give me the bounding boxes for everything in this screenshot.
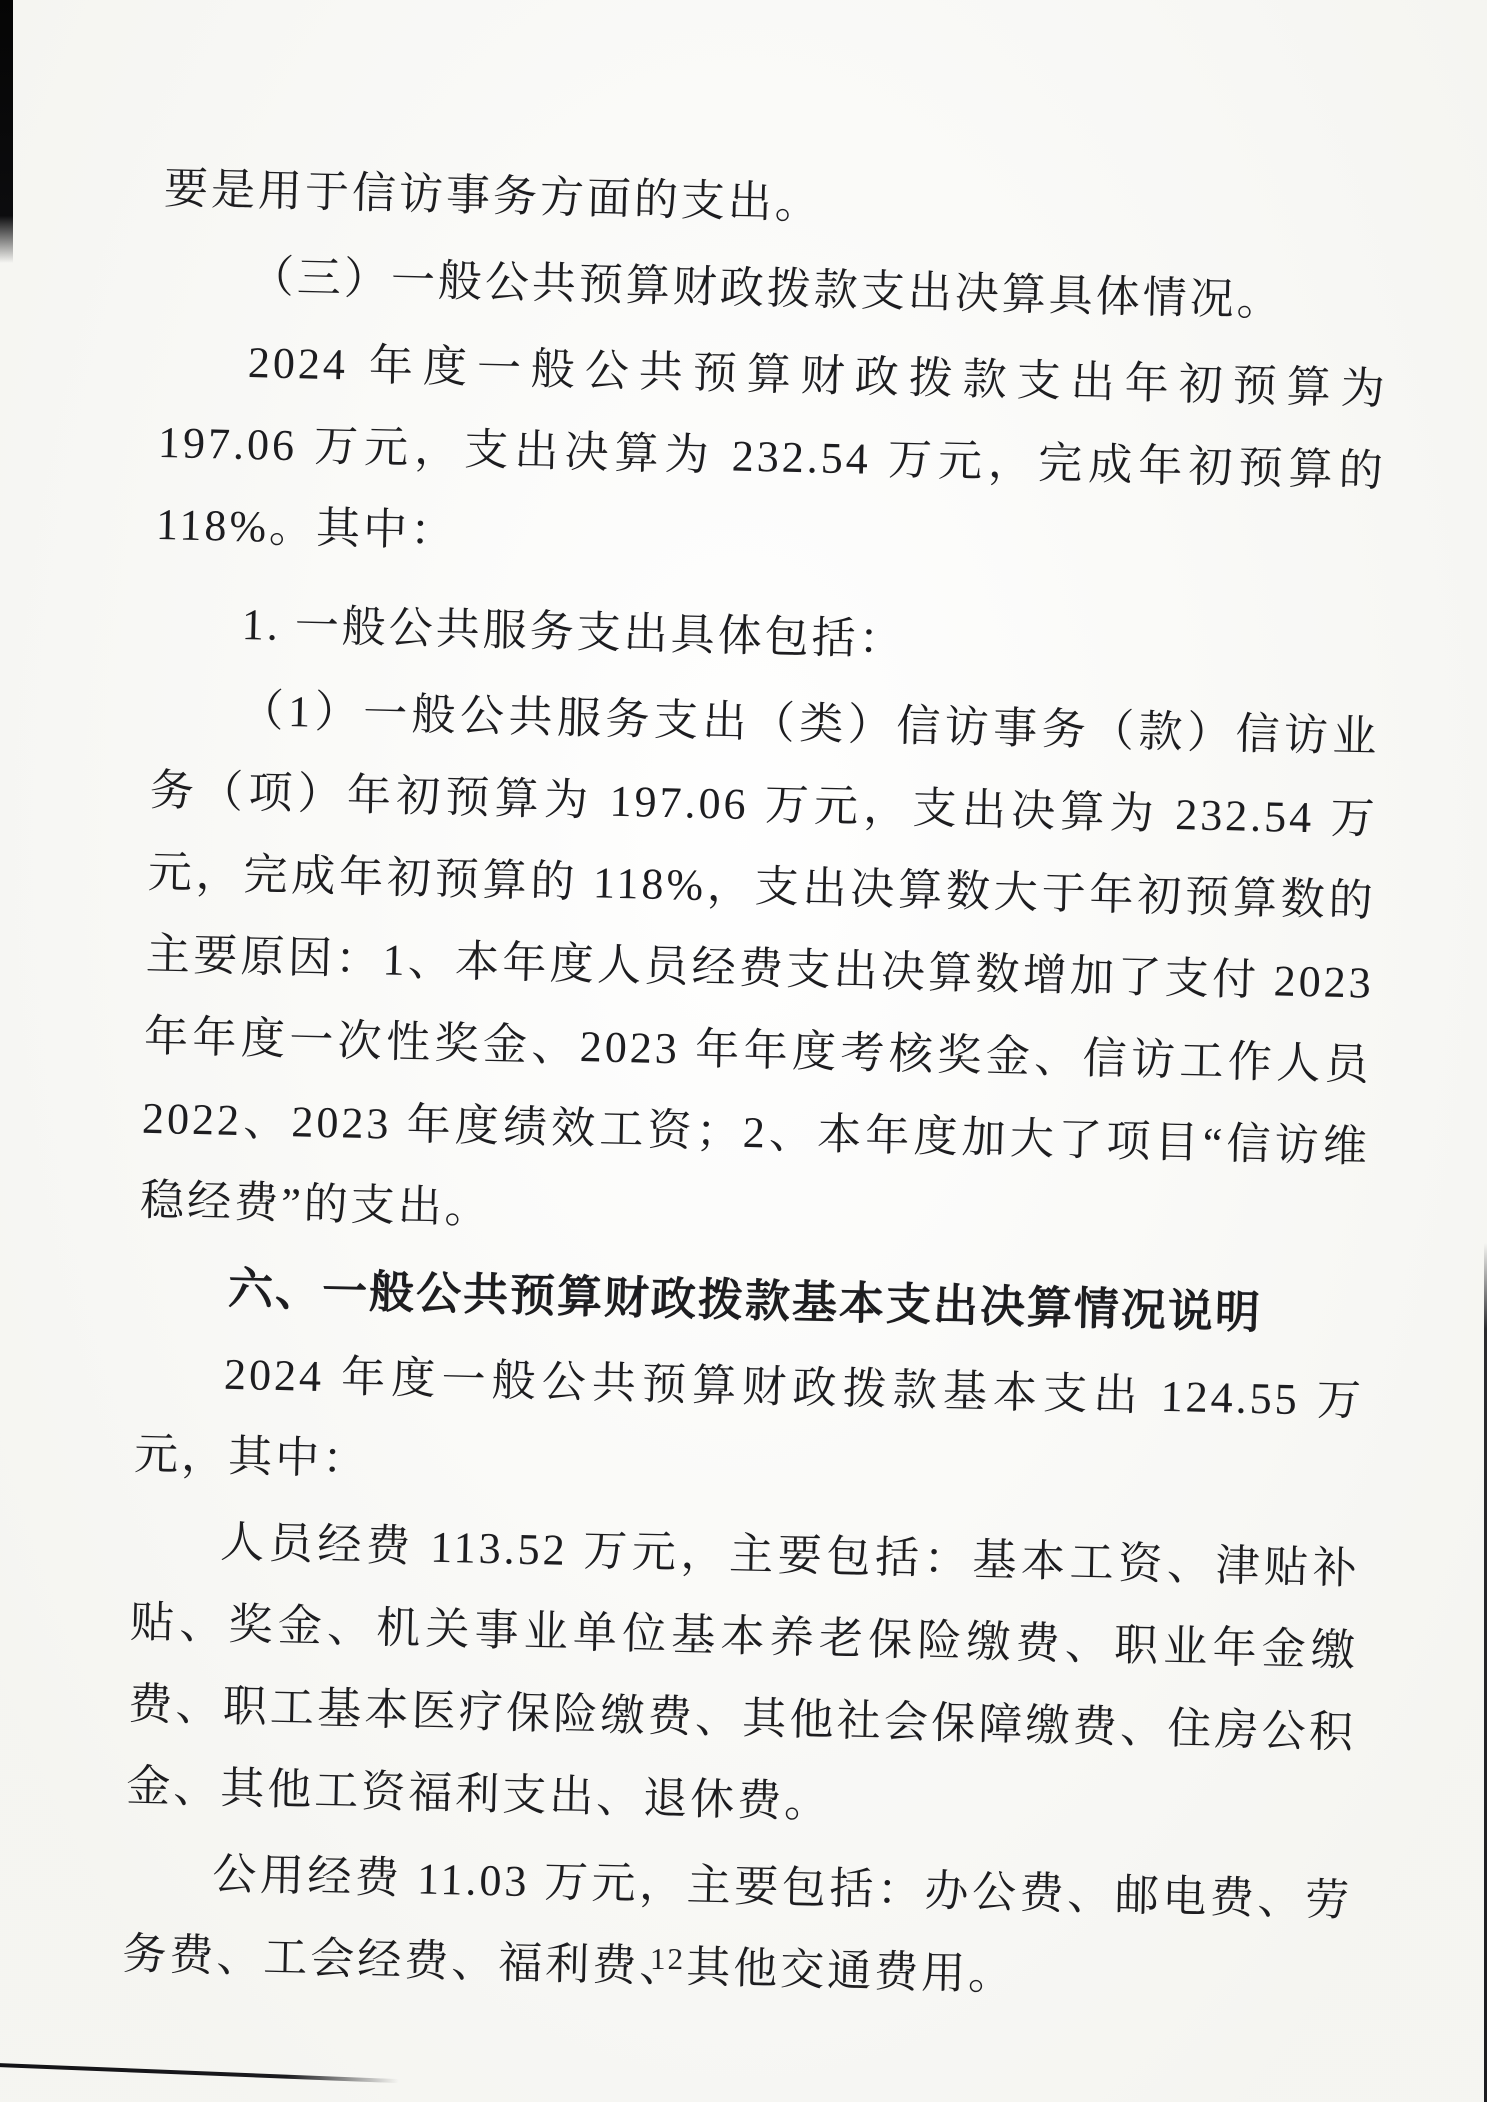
paragraph-public-funds: 公用经费 11.03 万元，主要包括：办公费、邮电费、劳务费、工会经费、福利费、… bbox=[121, 1832, 1353, 2025]
scan-artifact-top-left-bar bbox=[0, 0, 13, 263]
scanned-document: { "page": { "number": "12", "colors": { … bbox=[0, 0, 1487, 2102]
document-body: 要是用于信访事务方面的支出。 （三）一般公共预算财政拨款支出决算具体情况。 20… bbox=[121, 148, 1392, 2028]
scan-artifact-bottom-left-line bbox=[0, 2063, 399, 2083]
paragraph-basic-expenditure-summary: 2024 年度一般公共预算财政拨款基本支出 124.55 万元，其中： bbox=[133, 1332, 1365, 1525]
page-number: 12 bbox=[650, 1941, 685, 1977]
paragraph-budget-summary: 2024 年度一般公共预算财政拨款支出年初预算为 197.06 万元，支出决算为… bbox=[155, 320, 1388, 595]
document-page: 要是用于信访事务方面的支出。 （三）一般公共预算财政拨款支出决算具体情况。 20… bbox=[0, 0, 1487, 2102]
paragraph-personnel-funds: 人员经费 113.52 万元，主要包括：基本工资、津贴补贴、奖金、机关事业单位基… bbox=[125, 1500, 1360, 1857]
paragraph-item-1-detail: （1）一般公共服务支出（类）信访事务（款）信访业务（项）年初预算为 197.06… bbox=[139, 668, 1380, 1271]
